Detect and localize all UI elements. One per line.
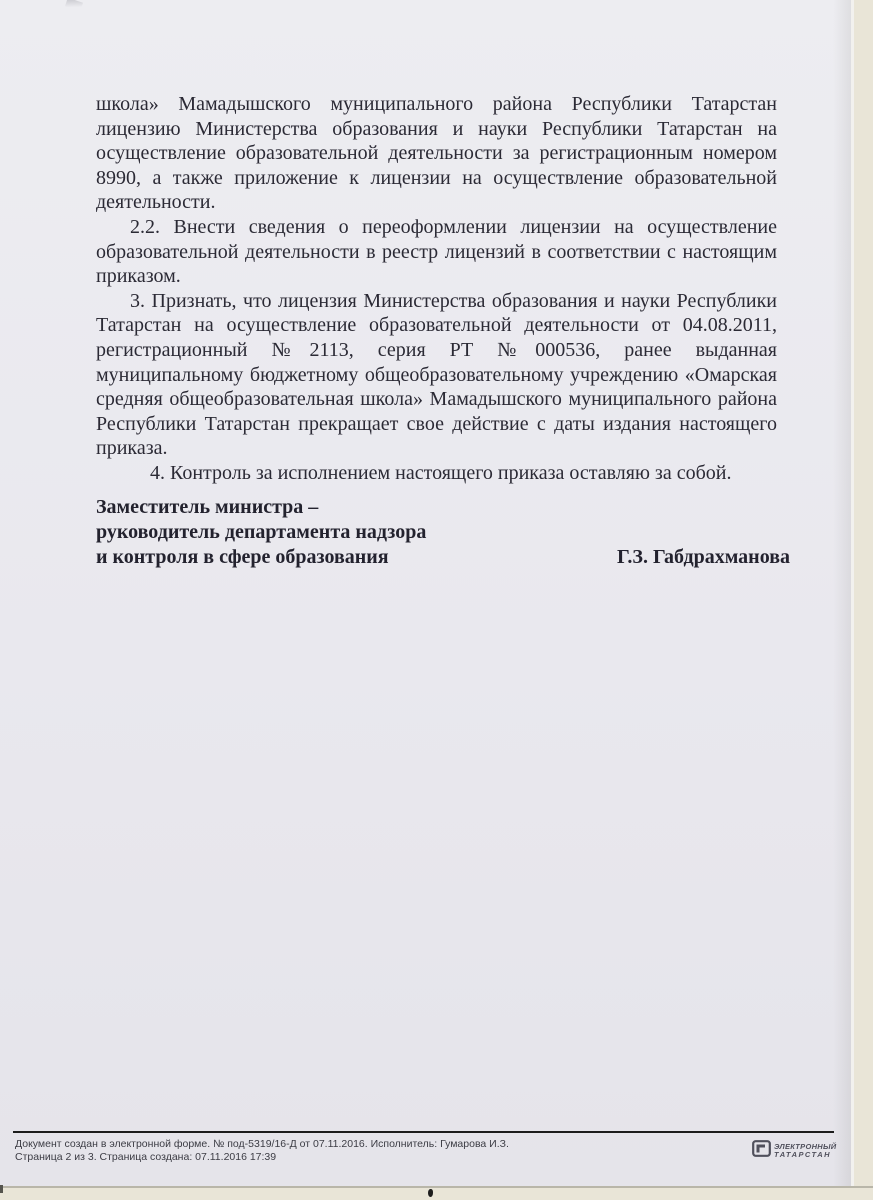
signatory-position: Заместитель министра – руководитель депа… bbox=[96, 495, 426, 570]
signatory-name: Г.З. Габдрахманова bbox=[617, 545, 790, 570]
signatory-position-line-1: Заместитель министра – bbox=[96, 495, 426, 520]
paper-sheet: школа» Мамадышского муниципального район… bbox=[0, 0, 853, 1188]
scan-bottom-edge bbox=[0, 1186, 873, 1188]
scan-scratch-artifact bbox=[65, 0, 83, 11]
paragraph-item-4: 4. Контроль за исполнением настоящего пр… bbox=[96, 461, 777, 486]
scan-speck bbox=[428, 1189, 433, 1197]
footer-note: Документ создан в электронной форме. № п… bbox=[15, 1138, 509, 1164]
scan-speck bbox=[0, 1185, 3, 1193]
paragraph-continuation: школа» Мамадышского муниципального район… bbox=[96, 92, 777, 215]
footer-note-line-1: Документ создан в электронной форме. № п… bbox=[15, 1138, 509, 1151]
logo-text-line-2: ТАТАРСТАН bbox=[774, 1150, 831, 1159]
paragraph-item-2-2: 2.2. Внести сведения о переоформлении ли… bbox=[96, 215, 777, 289]
signatory-position-line-3: и контроля в сфере образования bbox=[96, 545, 426, 570]
electronic-tatarstan-logo-icon bbox=[752, 1140, 771, 1162]
signature-block: Заместитель министра – руководитель депа… bbox=[96, 495, 790, 570]
scanned-document-page: школа» Мамадышского муниципального район… bbox=[0, 0, 873, 1200]
page-edge-shadow bbox=[833, 0, 851, 1188]
page-edge-highlight bbox=[851, 0, 854, 1188]
document-body-text: школа» Мамадышского муниципального район… bbox=[96, 92, 777, 486]
electronic-tatarstan-logo: ЭЛЕКТРОННЫЙ ТАТАРСТАН bbox=[752, 1140, 837, 1162]
footer-note-line-2: Страница 2 из 3. Страница создана: 07.11… bbox=[15, 1151, 509, 1164]
signatory-position-line-2: руководитель департамента надзора bbox=[96, 520, 426, 545]
electronic-tatarstan-logo-text: ЭЛЕКТРОННЫЙ ТАТАРСТАН bbox=[774, 1143, 837, 1159]
paragraph-item-3: 3. Признать, что лицензия Министерства о… bbox=[96, 289, 777, 461]
footer-divider-line bbox=[13, 1131, 834, 1133]
